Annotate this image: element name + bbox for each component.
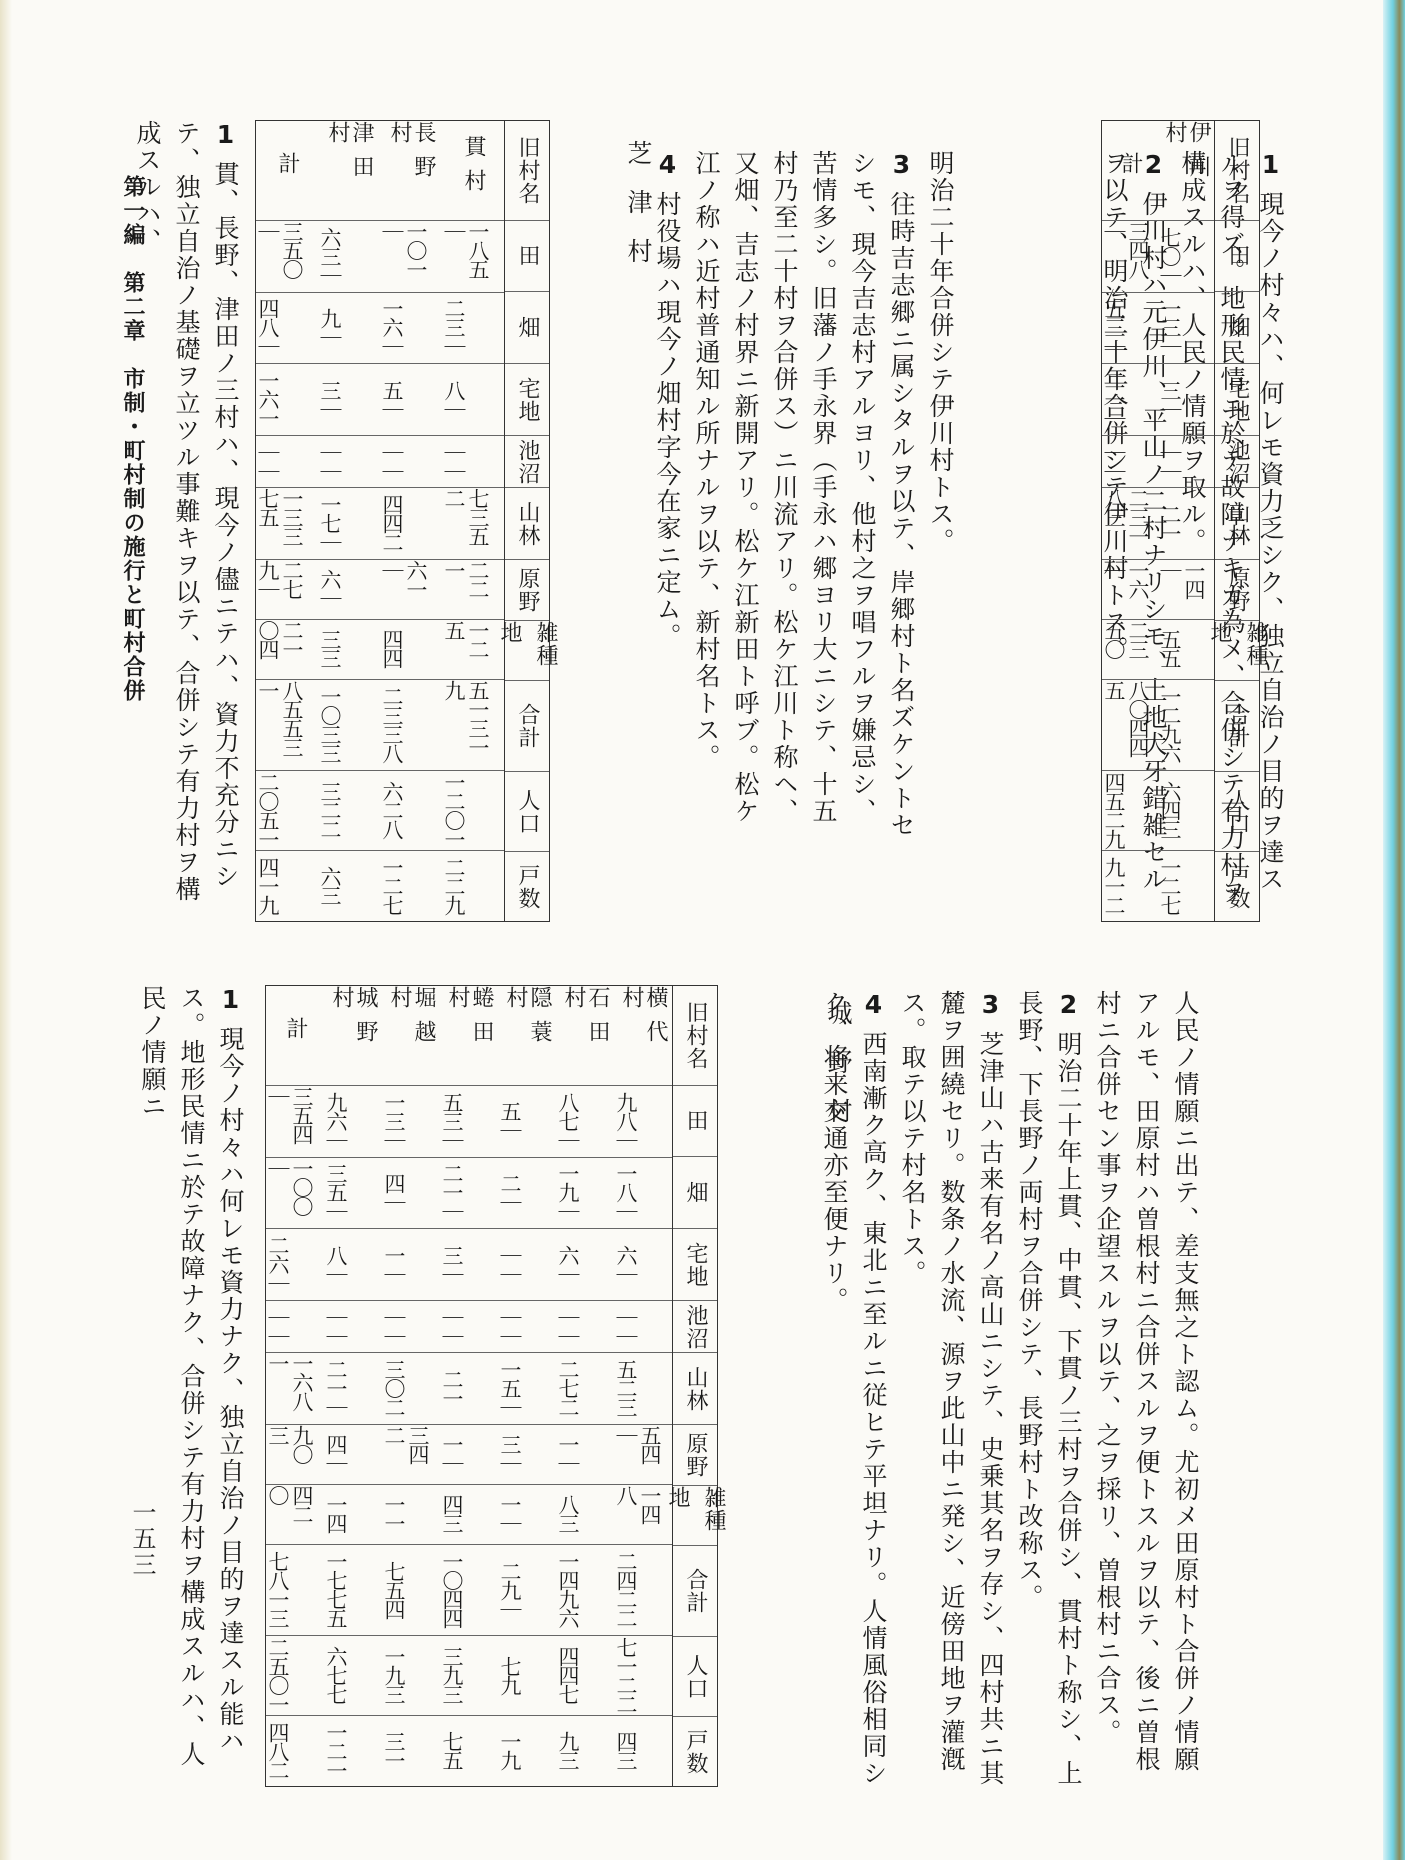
- table-cell: 一〇三三: [318, 680, 380, 772]
- page-edge-right: [1383, 0, 1405, 1860]
- note-text: 明治二十年上貫、中貫、下貫ノ三村ヲ合併シ、貫村ト称シ、上長野、下長野ノ両村ヲ合併…: [1015, 990, 1083, 1787]
- table-cell: 六｜: [318, 560, 380, 620]
- column-header: 隠蓑村: [498, 986, 556, 1086]
- table-cell: 二三｜: [442, 293, 504, 365]
- table-cell: 二二一: [442, 560, 504, 620]
- shizu-notes-end: 人民ノ情願ニ出テ、差支無之ト認ム。尤初メ田原村ト合併ノ情願アルモ、田原村ハ曽根村…: [875, 990, 1205, 1790]
- table-cell: 八｜: [442, 364, 504, 436]
- column-header: 計: [1102, 121, 1158, 221]
- row-header: 戸数: [1215, 852, 1259, 921]
- row-header-column: 旧村名田畑宅地池沼山林原野雑種地合計人口戸数: [1214, 121, 1260, 921]
- row-header: 人口: [505, 772, 549, 852]
- ikawa-table: 旧村名田畑宅地池沼山林原野雑種地合計人口戸数伊川村七〇｜一三｜三｜｜｜二一一四｜…: [1101, 120, 1260, 922]
- table-cell: 九三: [556, 1716, 614, 1786]
- row-header: 合計: [505, 681, 549, 773]
- row-header: 旧村名: [1215, 121, 1259, 221]
- table-cell: 三五〇｜: [256, 221, 318, 293]
- table-cell: 六四三: [1158, 771, 1214, 851]
- table-cell: 四二〇: [266, 1485, 324, 1545]
- table-cell: 三一: [382, 1716, 440, 1786]
- note-3: 3 芝津山ハ古来有名ノ高山ニシテ、史乗其名ヲ存シ、四村共ニ其麓ヲ囲繞セリ。数条ノ…: [893, 990, 1010, 1790]
- table-cell: 一七｜: [318, 488, 380, 560]
- table-cell: 七五: [440, 1716, 498, 1786]
- table-cell: 一｜: [382, 1229, 440, 1301]
- table-cell: 一三｜: [1158, 293, 1214, 365]
- table-cell: ｜｜: [498, 1229, 556, 1301]
- note-text: 村役場ハ現今ノ畑村字今在家ニ定ム。: [653, 191, 682, 650]
- note-number: 1: [206, 120, 245, 151]
- table-column: 城野村九六｜三五｜八｜｜｜二一｜四｜一四一七七五六七七一二一: [324, 986, 382, 1786]
- table-cell: 六三: [318, 851, 380, 921]
- row-header-column: 旧村名田畑宅地池沼山林原野雑種地合計人口戸数: [504, 121, 550, 921]
- table-cell: 一四｜: [1158, 560, 1214, 620]
- table-cell: 一二一: [324, 1716, 382, 1786]
- table-cell: 三〇二: [382, 1353, 440, 1425]
- table-column: 伊川村七〇｜一三｜三｜｜｜二一一四｜五五一二九六六四三一二七: [1158, 121, 1214, 921]
- table-cell: 六一｜: [380, 560, 442, 620]
- table-cell: 一｜: [556, 1425, 614, 1485]
- note-number: 3: [971, 990, 1010, 1021]
- table-cell: 一〇〇｜: [266, 1158, 324, 1230]
- table-cell: 一八五｜: [442, 221, 504, 293]
- shizu-notes: 1 貫、長野、津田ノ三村ハ、現今ノ儘ニテハ、資力不充分ニシテ、独立自治ノ基礎ヲ立…: [165, 120, 245, 920]
- table-cell: 四｜: [382, 1158, 440, 1230]
- table-cell: 一七七五: [324, 1545, 382, 1637]
- table-cell: 一｜: [498, 1485, 556, 1545]
- table-cell: 一九三: [382, 1636, 440, 1716]
- table-cell: 一六八一: [266, 1353, 324, 1425]
- column-header: 長野村: [380, 121, 442, 221]
- table-cell: 二一〇四: [256, 620, 318, 680]
- table-cell: 一〇一｜: [380, 221, 442, 293]
- row-header: 畑: [1215, 292, 1259, 364]
- table-cell: 三｜: [440, 1229, 498, 1301]
- table-cell: 四八｜: [256, 293, 318, 365]
- table-cell: ｜｜: [380, 436, 442, 488]
- row-header: 人口: [673, 1637, 717, 1717]
- table-cell: 三｜: [1158, 364, 1214, 436]
- table-column: 計三五〇｜四八｜一六一｜｜一三三七五二七九｜二一〇四八五五三一二〇五一四一九: [256, 121, 318, 921]
- table-cell: 三九三: [440, 1636, 498, 1716]
- column-header: 堀越村: [382, 986, 440, 1086]
- table-cell: 三｜: [318, 364, 380, 436]
- note-number: 2: [1049, 990, 1088, 1021]
- table-cell: 三四二: [382, 1425, 440, 1485]
- table-cell: 二七二: [556, 1353, 614, 1425]
- note-3: 3 往時吉志郷ニ属シタルヲ以テ、岸郷村ト名ズケントセシモ、現今吉志村アルヨリ、他…: [687, 150, 921, 850]
- table-cell: 二一｜: [324, 1353, 382, 1425]
- note-number: 4: [854, 990, 893, 1021]
- row-header-column: 旧村名田畑宅地池沼山林原野雑種地合計人口戸数: [672, 986, 718, 1786]
- shizu-table: 旧村名田畑宅地池沼山林原野雑種地合計人口戸数貫村一八五｜二三｜八｜｜｜七三五二二…: [255, 120, 550, 922]
- note-number: 1: [211, 985, 250, 1016]
- table-cell: 一五｜: [498, 1353, 556, 1425]
- table-cell: 四四二: [380, 488, 442, 560]
- table-cell: 二三三八: [380, 680, 442, 772]
- table-cell: 二一｜: [440, 1158, 498, 1230]
- table-column: 石田村八七｜一九｜六｜｜｜二七二一｜八三一四九六四四七九三: [556, 986, 614, 1786]
- table-cell: 六｜: [614, 1229, 672, 1301]
- table-cell: 三五四｜: [266, 1086, 324, 1158]
- column-header: 横代村: [614, 986, 672, 1086]
- note-text: 貫、長野、津田ノ三村ハ、現今ノ儘ニテハ、資力不充分ニシテ、独立自治ノ基礎ヲ立ツル…: [133, 120, 240, 903]
- table-cell: 五四｜: [614, 1425, 672, 1485]
- table-cell: ｜｜: [266, 1301, 324, 1353]
- table-cell: 八〇四四五: [1102, 680, 1158, 772]
- table-cell: 一一: [382, 1485, 440, 1545]
- table-cell: 八｜: [324, 1229, 382, 1301]
- table-cell: ｜｜: [440, 1301, 498, 1353]
- row-header: 畑: [505, 292, 549, 364]
- note-2: 2 明治二十年上貫、中貫、下貫ノ三村ヲ合併シ、貫村ト称シ、上長野、下長野ノ両村ヲ…: [1010, 990, 1088, 1790]
- table-column: 隠蓑村五｜二｜｜｜｜｜一五｜三｜一｜二九｜七九一九: [498, 986, 556, 1786]
- table-cell: 九一二: [1102, 851, 1158, 921]
- table-cell: 一四: [324, 1485, 382, 1545]
- row-header: 畑: [673, 1157, 717, 1229]
- row-header: 雑種地: [505, 621, 549, 681]
- table-cell: 五三｜: [440, 1086, 498, 1158]
- table-cell: 五｜: [498, 1086, 556, 1158]
- table-column: 堀越村一三｜四｜一｜｜｜三〇二三四二一一七五四一九三三一: [382, 986, 440, 1786]
- row-header: 山林: [1215, 488, 1259, 560]
- table-cell: 四三: [614, 1716, 672, 1786]
- table-cell: 五三｜: [1102, 293, 1158, 365]
- table-cell: 七三五二: [442, 488, 504, 560]
- table-cell: 三五｜: [324, 1158, 382, 1230]
- table-cell: ｜｜: [324, 1301, 382, 1353]
- table-column: 津田村六三｜九｜三｜｜｜一七｜六｜三三一〇三三三二二六三: [318, 121, 380, 921]
- row-header: 田: [673, 1086, 717, 1158]
- row-header: 宅地: [673, 1229, 717, 1301]
- row-header: 合計: [673, 1546, 717, 1638]
- row-header: 原野: [1215, 560, 1259, 620]
- table-cell: 一九｜: [556, 1158, 614, 1230]
- table-cell: 一六｜: [380, 293, 442, 365]
- table-cell: 九〇三: [266, 1425, 324, 1485]
- table-cell: 一〇四四: [440, 1545, 498, 1637]
- table-column: 横代村九八｜一八｜六｜｜｜五二三五四｜一四八二四二二七一二二四三: [614, 986, 672, 1786]
- note-text: 芝津山ハ古来有名ノ高山ニシテ、史乗其名ヲ存シ、四村共ニ其麓ヲ囲繞セリ。数条ノ水流…: [898, 990, 1005, 1787]
- table-cell: 九六｜: [324, 1086, 382, 1158]
- column-header: 石田村: [556, 986, 614, 1086]
- table-cell: 七九: [498, 1636, 556, 1716]
- table-cell: ｜｜: [256, 436, 318, 488]
- table-cell: 二〇五一: [256, 771, 318, 851]
- table-cell: ｜｜: [556, 1301, 614, 1353]
- table-cell: 二九｜: [498, 1545, 556, 1637]
- table-cell: 二三五〇: [1102, 620, 1158, 680]
- table-cell: 二四二二: [614, 1545, 672, 1637]
- table-cell: 四四七: [556, 1636, 614, 1716]
- table-cell: ｜｜: [442, 436, 504, 488]
- table-cell: 八三: [556, 1485, 614, 1545]
- table-column: 長野村一〇一｜一六｜五｜｜｜四四二六一｜四四二三三八六二八一二七: [380, 121, 442, 921]
- table-cell: 六七七: [324, 1636, 382, 1716]
- running-head: 第一編 第二章 市制・町村制の施行と町村合併: [118, 175, 149, 703]
- table-cell: 八五五三一: [256, 680, 318, 772]
- table-cell: 一二〇一: [442, 771, 504, 851]
- table-cell: 三三: [318, 620, 380, 680]
- table-cell: 二六｜: [266, 1229, 324, 1301]
- row-header: 人口: [1215, 772, 1259, 852]
- table-cell: 二｜: [498, 1158, 556, 1230]
- row-header: 原野: [673, 1425, 717, 1485]
- table-cell: 一八｜: [614, 1158, 672, 1230]
- table-cell: 二一: [440, 1353, 498, 1425]
- table-cell: ｜｜: [318, 436, 380, 488]
- table-cell: 一六｜: [1102, 560, 1158, 620]
- table-cell: 九｜: [318, 293, 380, 365]
- row-header: 雑種地: [673, 1486, 717, 1546]
- table-cell: 七一二二: [614, 1636, 672, 1716]
- table-cell: 一二七: [380, 851, 442, 921]
- table-cell: 四三: [440, 1485, 498, 1545]
- column-header: 計: [256, 121, 318, 221]
- note-number: 3: [882, 150, 921, 181]
- table-cell: 四一九: [256, 851, 318, 921]
- row-header: 池沼: [505, 436, 549, 488]
- page-edge-left: [0, 0, 12, 1860]
- note-text: 現今ノ村々ハ何レモ資力ナク、独立自治ノ目的ヲ達スル能ハス。地形民情ニ於テ故障ナク…: [138, 985, 245, 1768]
- row-header: 山林: [673, 1353, 717, 1425]
- column-header: 城野村: [324, 986, 382, 1086]
- table-cell: 一二七: [1158, 851, 1214, 921]
- column-header: 蜷田村: [440, 986, 498, 1086]
- table-cell: 八七｜: [556, 1086, 614, 1158]
- table-column: 蜷田村五三｜二一｜三｜｜｜二一一｜四三一〇四四三九三七五: [440, 986, 498, 1786]
- table-cell: 六三｜: [318, 221, 380, 293]
- table-cell: 七〇｜: [1158, 221, 1214, 293]
- row-header: 旧村名: [505, 121, 549, 221]
- row-header: 合計: [1215, 681, 1259, 773]
- table-cell: 二七九｜: [256, 560, 318, 620]
- table-cell: 三四八｜: [1102, 221, 1158, 293]
- table-cell: 二一: [1158, 488, 1214, 560]
- row-header: 田: [505, 221, 549, 293]
- note-text: 往時吉志郷ニ属シタルヲ以テ、岸郷村ト名ズケントセシモ、現今吉志村アルヨリ、他村之…: [692, 150, 916, 839]
- row-header: 雑種地: [1215, 621, 1259, 681]
- table-column: 計三四八｜五三｜二一｜｜｜二三一八三一六｜二三五〇八〇四四五四五二九九一二: [1102, 121, 1158, 921]
- table-cell: 四四: [380, 620, 442, 680]
- table-cell: 四｜: [324, 1425, 382, 1485]
- table-cell: 一九: [498, 1716, 556, 1786]
- row-header: 山林: [505, 488, 549, 560]
- row-header: 宅地: [505, 364, 549, 436]
- table-cell: 九八｜: [614, 1086, 672, 1158]
- page-number: 一五三: [125, 1500, 160, 1578]
- column-header: 伊川村: [1158, 121, 1214, 221]
- table-cell: 四五二九: [1102, 771, 1158, 851]
- table-cell: 七五四: [382, 1545, 440, 1637]
- note-line: 人民ノ情願ニ出テ、差支無之ト認ム。尤初メ田原村ト合併ノ情願アルモ、田原村ハ曽根村…: [1088, 990, 1205, 1790]
- column-header: 津田村: [318, 121, 380, 221]
- jono-village-title: 城野村: [820, 1000, 856, 1147]
- shizu-notes-cont: 明治二十年合併シテ伊川村トス。 3 往時吉志郷ニ属シタルヲ以テ、岸郷村ト名ズケン…: [690, 150, 960, 850]
- row-header: 戸数: [673, 1717, 717, 1786]
- table-column: 計三五四｜一〇〇｜二六｜｜｜一六八一九〇三四二〇七八一三二五〇一四八二: [266, 986, 324, 1786]
- table-column: 貫村一八五｜二三｜八｜｜｜七三五二二二一一二五五一三一九一二〇一二二九: [442, 121, 504, 921]
- row-header: 池沼: [673, 1301, 717, 1353]
- shizu-village-title: 芝津村: [620, 140, 656, 287]
- table-cell: 五一三一九: [442, 680, 504, 772]
- jono-table: 旧村名田畑宅地池沼山林原野雑種地合計人口戸数横代村九八｜一八｜六｜｜｜五二三五四…: [265, 985, 718, 1787]
- table-cell: 一六一: [256, 364, 318, 436]
- row-header: 宅地: [1215, 364, 1259, 436]
- table-cell: 六二八: [380, 771, 442, 851]
- table-cell: ｜｜: [498, 1301, 556, 1353]
- table-cell: 六｜: [556, 1229, 614, 1301]
- row-header: 田: [1215, 221, 1259, 293]
- table-cell: 一三｜: [382, 1086, 440, 1158]
- table-cell: ｜｜: [1158, 436, 1214, 488]
- table-cell: 一｜: [440, 1425, 498, 1485]
- table-cell: 二三一八三: [1102, 488, 1158, 560]
- table-cell: 五二三: [614, 1353, 672, 1425]
- column-header: 貫村: [442, 121, 504, 221]
- table-cell: 三｜: [498, 1425, 556, 1485]
- table-cell: 二一｜: [1102, 364, 1158, 436]
- table-cell: 二二九: [442, 851, 504, 921]
- table-cell: 一二九六: [1158, 680, 1214, 772]
- row-header: 戸数: [505, 852, 549, 921]
- table-cell: ｜｜: [1102, 436, 1158, 488]
- table-cell: 三二二: [318, 771, 380, 851]
- table-cell: 一四九六: [556, 1545, 614, 1637]
- jono-notes: 1 現今ノ村々ハ何レモ資力ナク、独立自治ノ目的ヲ達スル能ハス。地形民情ニ於テ故障…: [170, 985, 250, 1785]
- table-cell: 五｜: [380, 364, 442, 436]
- table-cell: 一三三七五: [256, 488, 318, 560]
- table-cell: 七八一三: [266, 1545, 324, 1637]
- table-cell: ｜｜: [614, 1301, 672, 1353]
- table-cell: 二五〇一: [266, 1636, 324, 1716]
- table-cell: ｜｜: [382, 1301, 440, 1353]
- row-header: 原野: [505, 560, 549, 620]
- note-line: 明治二十年合併シテ伊川村トス。: [921, 150, 960, 850]
- row-header: 池沼: [1215, 436, 1259, 488]
- row-header: 旧村名: [673, 986, 717, 1086]
- note-1: 1 現今ノ村々ハ何レモ資力ナク、独立自治ノ目的ヲ達スル能ハス。地形民情ニ於テ故障…: [133, 985, 250, 1785]
- table-cell: 四八二: [266, 1716, 324, 1786]
- column-header: 計: [266, 986, 324, 1086]
